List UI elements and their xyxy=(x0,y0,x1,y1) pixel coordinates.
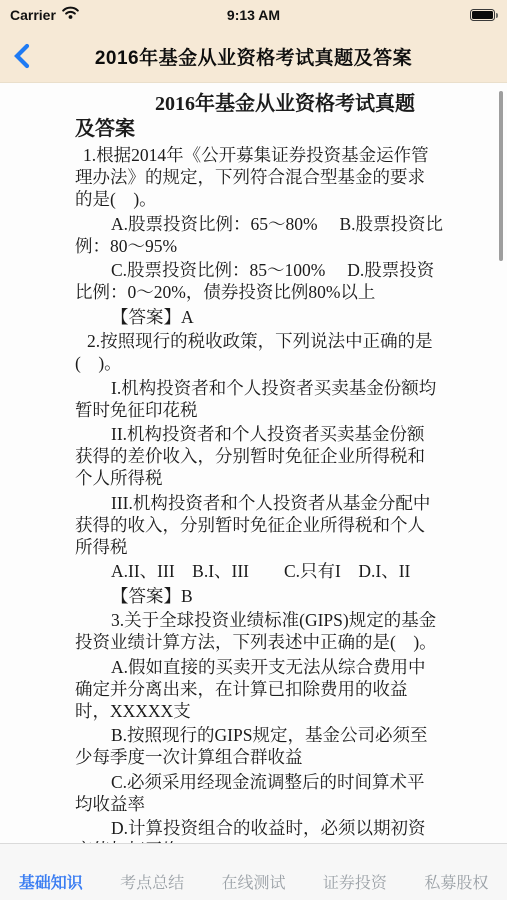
doc-title-line: 2016年基金从业资格考试真题 xyxy=(75,92,429,117)
battery-tip xyxy=(496,13,499,18)
doc-line: III.机构投资者和个人投资者从基金分配中 xyxy=(75,492,429,514)
tab-online-test[interactable]: 在线测试 xyxy=(203,844,304,900)
doc-line: B.按照现行的GIPS规定，基金公司必须至 xyxy=(75,724,429,746)
tab-key-points[interactable]: 考点总结 xyxy=(101,844,202,900)
app-screen: Carrier 9:13 AM 2 xyxy=(0,0,507,900)
doc-line: C.股票投资比例：85～100% D.股票投资 xyxy=(75,259,429,281)
doc-line: 时，XXXXX支 xyxy=(75,700,429,722)
tab-private-equity[interactable]: 私募股权 xyxy=(406,844,507,900)
nav-bar: 2016年基金从业资格考试真题及答案 xyxy=(0,30,507,82)
scrollbar-thumb[interactable] xyxy=(499,91,503,261)
doc-line: 获得的收入，分别暂时免征企业所得税和个人 xyxy=(75,514,429,536)
back-button[interactable] xyxy=(13,43,31,69)
doc-line: A.股票投资比例：65～80% B.股票投资比 xyxy=(75,213,429,235)
doc-line: 个人所得税 xyxy=(75,467,429,489)
doc-line: A.假如直接的买卖开支无法从综合费用中 xyxy=(75,656,429,678)
doc-line: 比例：0～20%，债券投资比例80%以上 xyxy=(75,281,429,303)
page-title: 2016年基金从业资格考试真题及答案 xyxy=(40,30,467,82)
doc-line: 暂时免征印花税 xyxy=(75,399,429,421)
chevron-left-icon xyxy=(13,56,31,73)
doc-line: C.必须采用经现金流调整后的时间算术平 xyxy=(75,771,429,793)
doc-line: I.机构投资者和个人投资者买卖基金份额均 xyxy=(75,377,429,399)
doc-line: 获得的差价收入，分别暂时免征企业所得税和 xyxy=(75,445,429,467)
doc-line: 【答案】B xyxy=(75,585,429,607)
doc-line: 1.根据2014年《公开募集证券投资基金运作管 xyxy=(75,144,429,166)
tab-bar: 基础知识考点总结在线测试证券投资私募股权 xyxy=(0,843,507,900)
status-right xyxy=(470,0,495,30)
document-lines: 2016年基金从业资格考试真题及答案1.根据2014年《公开募集证券投资基金运作… xyxy=(0,83,507,843)
doc-line: D.计算投资组合的收益时，必须以期初资 xyxy=(75,817,429,839)
doc-line: 3.关于全球投资业绩标准(GIPS)规定的基金 xyxy=(75,609,429,631)
doc-line: 少每季度一次计算组合群收益 xyxy=(75,746,429,768)
document-view[interactable]: 2016年基金从业资格考试真题及答案1.根据2014年《公开募集证券投资基金运作… xyxy=(0,82,507,843)
tab-securities[interactable]: 证券投资 xyxy=(304,844,405,900)
doc-line: 所得税 xyxy=(75,536,429,558)
status-bar: Carrier 9:13 AM xyxy=(0,0,507,30)
doc-line: II.机构投资者和个人投资者买卖基金份额 xyxy=(75,423,429,445)
doc-line: 投资业绩计算方法，下列表述中正确的是( )。 xyxy=(75,631,429,653)
doc-title-line: 及答案 xyxy=(75,117,429,142)
doc-line: 【答案】A xyxy=(75,306,429,328)
doc-line: 例：80～95% xyxy=(75,235,429,257)
battery-fill xyxy=(472,11,493,19)
doc-line: 确定并分离出来，在计算已扣除费用的收益 xyxy=(75,678,429,700)
doc-line: A.II、III B.I、III C.只有I D.I、II xyxy=(75,560,429,582)
doc-line: ( )。 xyxy=(75,352,429,374)
tab-basics[interactable]: 基础知识 xyxy=(0,844,101,900)
battery-icon xyxy=(470,9,495,21)
status-time: 9:13 AM xyxy=(0,0,507,30)
doc-line: 的是( )。 xyxy=(75,188,429,210)
doc-line: 2.按照现行的税收政策，下列说法中正确的是 xyxy=(75,330,429,352)
doc-line: 均收益率 xyxy=(75,793,429,815)
doc-line: 理办法》的规定，下列符合混合型基金的要求 xyxy=(75,166,429,188)
